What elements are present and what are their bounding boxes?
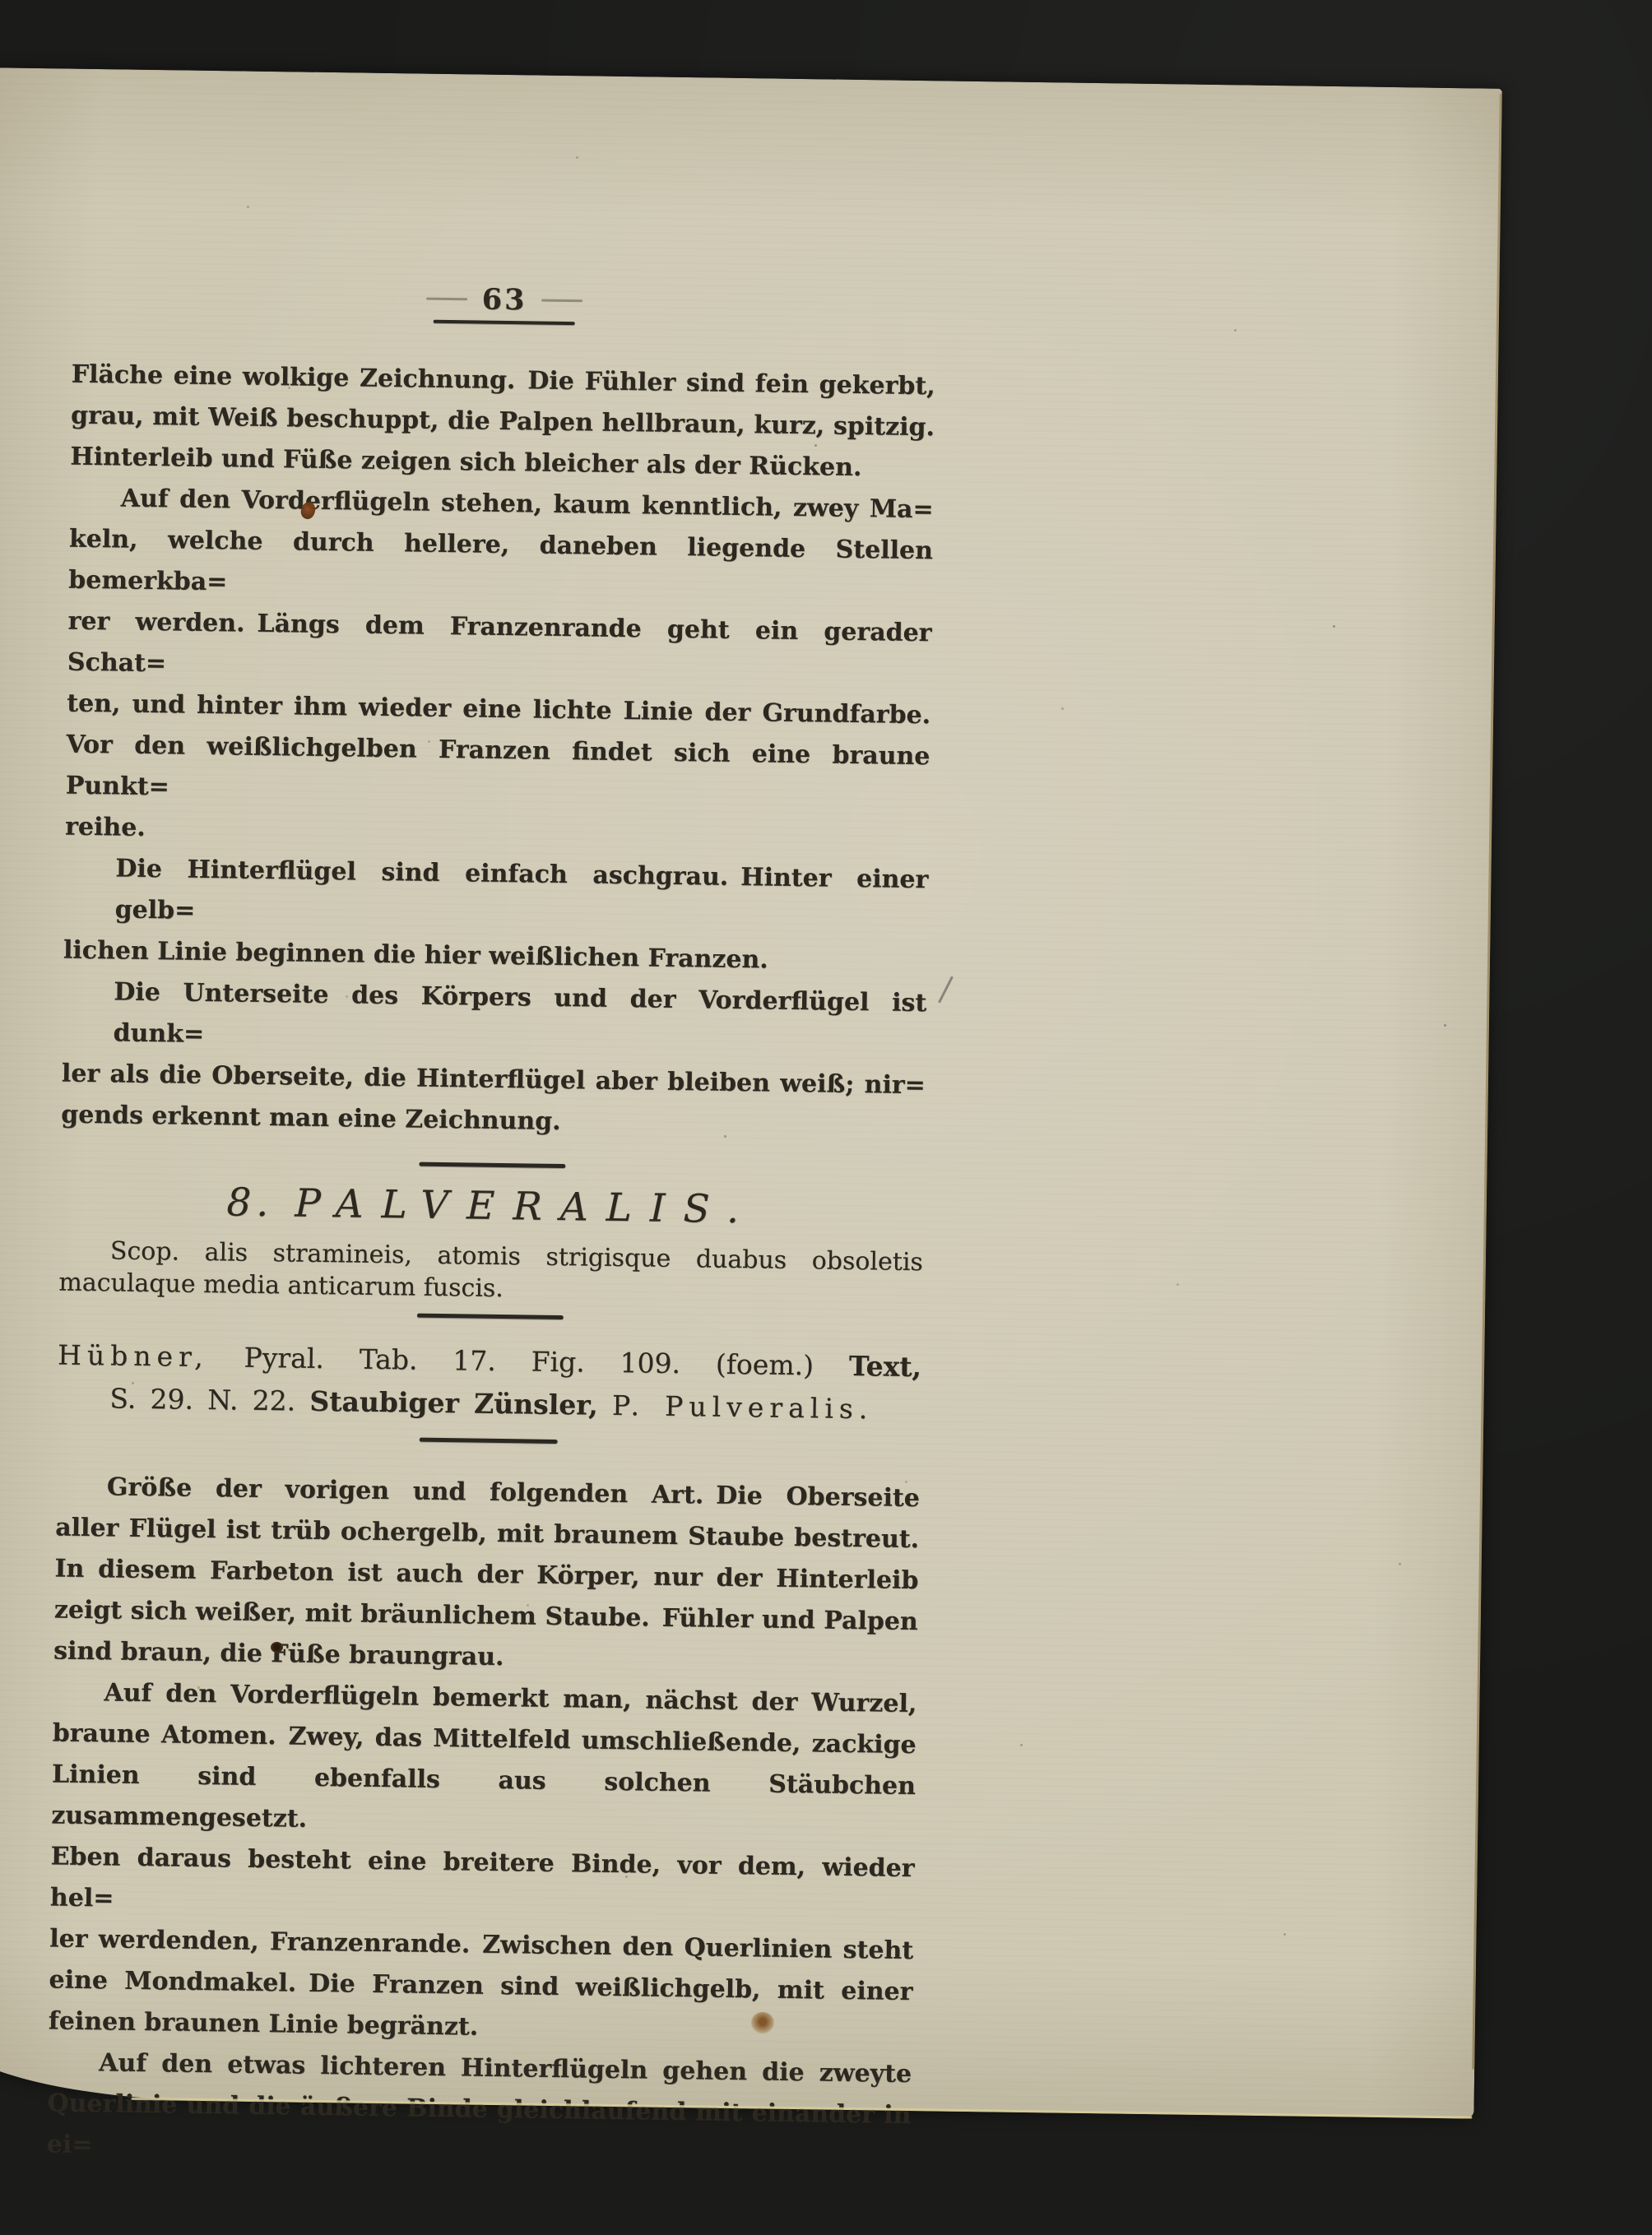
reference-author: Hübner, [58,1338,209,1373]
text-line: Querlinie und die äußere Binde gleichlau… [46,2083,911,2177]
text-line: keln, welche durch hellere, daneben lieg… [68,519,933,614]
paragraph-7: Auf den etwas lichteren Hinterflügeln ge… [46,2042,912,2177]
species-heading: 8.PALVERALIS. [59,1178,924,1236]
book-page: 63 Fläche eine wolkige Zeichnung. Die Fü… [0,67,1502,2119]
reference-citation: Pyral. Tab. 17. Fig. 109. (foem.) [244,1342,814,1382]
text-column: 63 Fläche eine wolkige Zeichnung. Die Fü… [46,276,936,2177]
text-line: Eben daraus besteht eine breitere Binde,… [50,1836,915,1931]
reference-german-name: Staubiger Zünsler, [309,1385,598,1421]
species-number: 8. [226,1180,274,1226]
paragraph-4: Die Unterseite des Körpers und der Vorde… [61,971,927,1148]
page-number: 63 [481,282,527,317]
paragraph-1: Fläche eine wolkige Zeichnung. Die Fühle… [70,355,935,490]
brown-round-stain [751,2012,774,2033]
reference-divider-bottom [420,1438,558,1444]
paragraph-6: Auf den Vorderflügeln bemerkt man, nächs… [48,1672,916,2054]
paragraph-3: Die Hinterflügel sind einfach aschgrau. … [63,848,929,984]
paragraph-2: Auf den Vorderflügeln stehen, kaum kennt… [65,478,934,860]
text-line: Die Hinterflügel sind einfach aschgrau. … [63,848,928,943]
header-rule [434,320,575,325]
text-line: Die Unterseite des Körpers und der Vorde… [62,971,926,1066]
text-line: Vor den weißlichgelben Franzen findet si… [65,725,930,819]
header-dash-right [541,299,582,302]
latin-diagnosis: Scop. alis stramineis, atomis strigisque… [58,1235,923,1311]
dark-spot-stain [271,1642,283,1653]
page-header: 63 [72,276,936,323]
paragraph-5: Größe der vorigen und folgenden Art. Die… [53,1466,920,1684]
section-divider [419,1162,565,1168]
species-name: PALVERALIS. [295,1181,757,1233]
text-line: Linien sind ebenfalls aus solchen Stäubc… [51,1754,916,1848]
reference-block: Hübner, Pyral. Tab. 17. Fig. 109. (foem.… [57,1333,921,1431]
reference-divider-top [417,1314,564,1319]
text-line: rer werden. Längs dem Franzenrande geht … [67,601,932,696]
scan-background: 63 Fläche eine wolkige Zeichnung. Die Fü… [0,0,1652,2235]
header-dash-left [426,297,467,300]
paper-fiber-specks [0,0,2,2]
reference-pages: S. 29. N. 22. [109,1382,295,1417]
reference-text-word: Text, [849,1350,922,1383]
reference-species-name: P. Pulveralis. [612,1389,874,1425]
